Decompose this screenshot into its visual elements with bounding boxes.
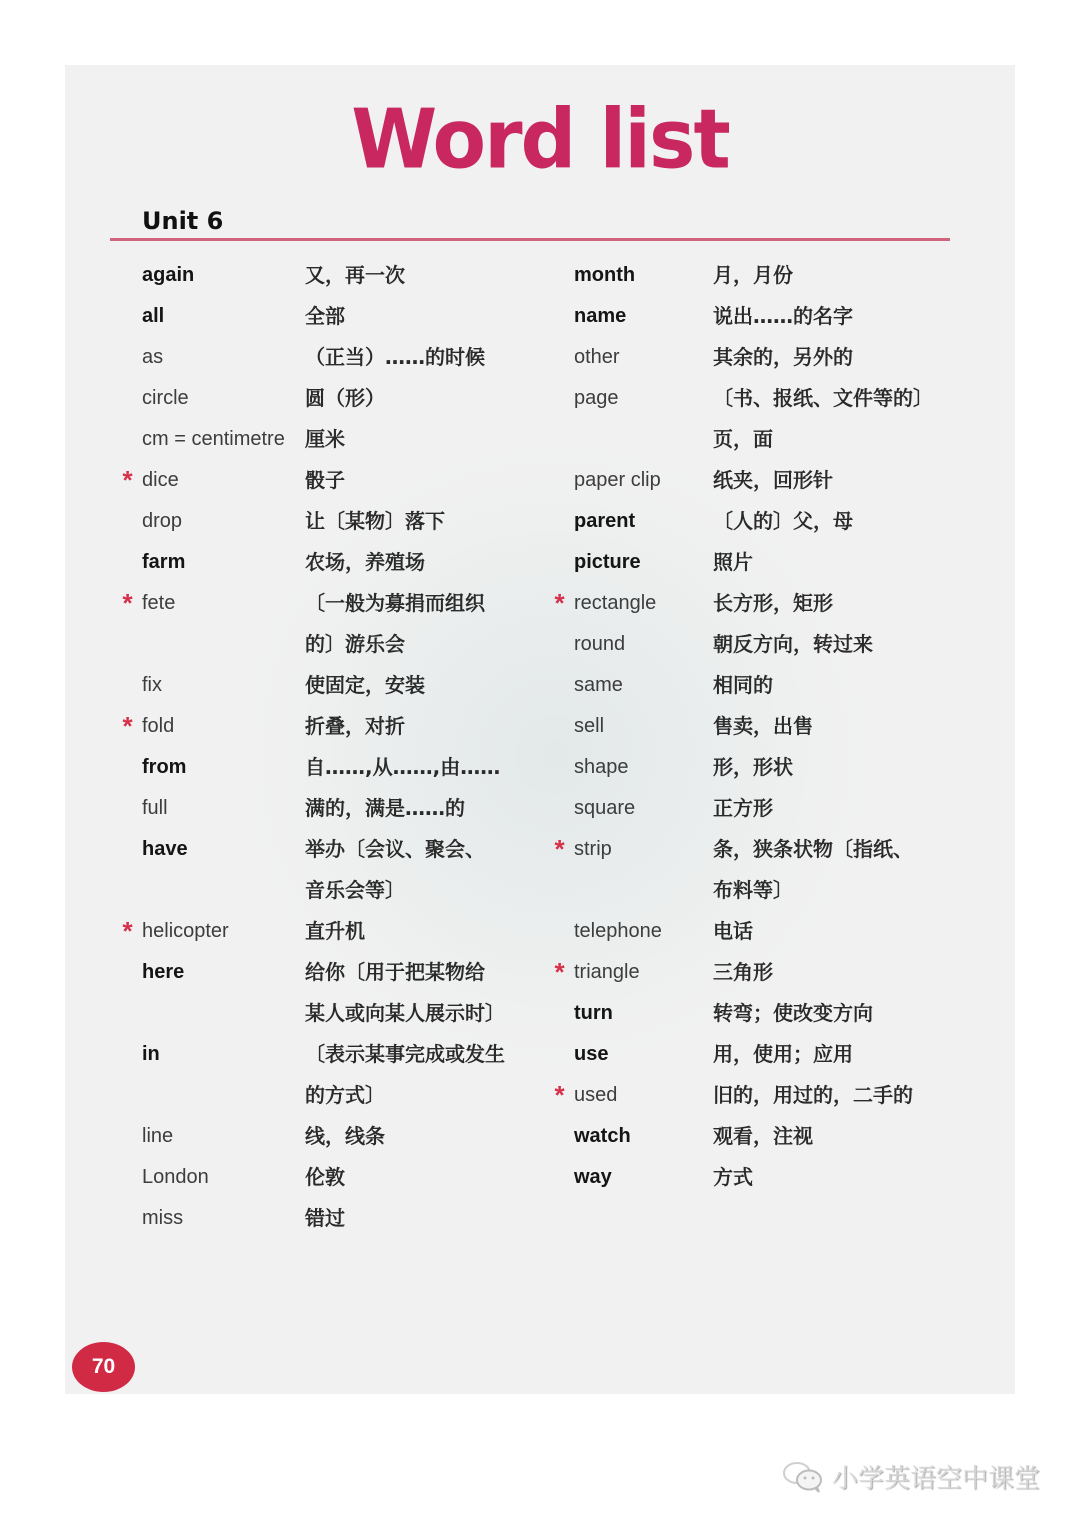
meaning-line: 错过 [305, 1198, 543, 1239]
word-meaning: 厘米 [305, 419, 543, 460]
word-meaning: 旧的，用过的，二手的 [713, 1075, 975, 1116]
word-entry: miss错过 [113, 1198, 543, 1239]
star-icon: * [113, 706, 142, 747]
word-entry: month月，月份 [545, 255, 975, 296]
star-placeholder [113, 542, 142, 583]
meaning-line: 让〔某物〕落下 [305, 501, 543, 542]
star-placeholder [113, 788, 142, 829]
star-placeholder [545, 255, 574, 296]
word-term: month [574, 255, 713, 296]
word-meaning: 长方形，矩形 [713, 583, 975, 624]
meaning-line: 转弯；使改变方向 [713, 993, 975, 1034]
star-placeholder [113, 296, 142, 337]
meaning-line: 某人或向某人展示时〕 [305, 993, 543, 1034]
word-meaning: 形，形状 [713, 747, 975, 788]
meaning-line: 相同的 [713, 665, 975, 706]
meaning-line: 其余的，另外的 [713, 337, 975, 378]
word-term: sell [574, 706, 713, 747]
word-term: miss [142, 1198, 305, 1239]
star-icon: * [113, 583, 142, 665]
word-entry: watch观看，注视 [545, 1116, 975, 1157]
meaning-line: 骰子 [305, 460, 543, 501]
word-term: square [574, 788, 713, 829]
word-term: in [142, 1034, 305, 1116]
star-placeholder [545, 378, 574, 460]
word-meaning: 三角形 [713, 952, 975, 993]
word-entry: other其余的，另外的 [545, 337, 975, 378]
meaning-line: 朝反方向，转过来 [713, 624, 975, 665]
word-entry: round朝反方向，转过来 [545, 624, 975, 665]
word-meaning: 举办〔会议、聚会、音乐会等〕 [305, 829, 543, 911]
word-meaning: 用，使用；应用 [713, 1034, 975, 1075]
word-entry: square正方形 [545, 788, 975, 829]
star-placeholder [113, 747, 142, 788]
word-term: cm = centimetre [142, 419, 305, 460]
word-entry: page〔书、报纸、文件等的〕页，面 [545, 378, 975, 460]
word-entry: *fete〔一般为募捐而组织的〕游乐会 [113, 583, 543, 665]
meaning-line: 全部 [305, 296, 543, 337]
meaning-line: 三角形 [713, 952, 975, 993]
word-meaning: 售卖，出售 [713, 706, 975, 747]
word-entry: *helicopter直升机 [113, 911, 543, 952]
word-term: telephone [574, 911, 713, 952]
star-icon: * [113, 460, 142, 501]
star-placeholder [545, 501, 574, 542]
meaning-line: 举办〔会议、聚会、 [305, 829, 543, 870]
word-entry: circle圆（形） [113, 378, 543, 419]
word-entry: name说出……的名字 [545, 296, 975, 337]
meaning-line: 〔书、报纸、文件等的〕 [713, 378, 975, 419]
word-entry: cm = centimetre厘米 [113, 419, 543, 460]
word-entry: from自……,从……,由…… [113, 747, 543, 788]
meaning-line: 形，形状 [713, 747, 975, 788]
star-placeholder [545, 624, 574, 665]
meaning-line: 直升机 [305, 911, 543, 952]
star-icon: * [545, 1075, 574, 1116]
star-icon: * [545, 829, 574, 911]
word-meaning: 照片 [713, 542, 975, 583]
word-entry: telephone电话 [545, 911, 975, 952]
word-term: fete [142, 583, 305, 665]
word-entry: full满的，满是……的 [113, 788, 543, 829]
word-meaning: 相同的 [713, 665, 975, 706]
meaning-line: 〔表示某事完成或发生 [305, 1034, 543, 1075]
word-meaning: 月，月份 [713, 255, 975, 296]
word-term: paper clip [574, 460, 713, 501]
meaning-line: 方式 [713, 1157, 975, 1198]
word-entry: turn转弯；使改变方向 [545, 993, 975, 1034]
star-placeholder [545, 1116, 574, 1157]
star-placeholder [113, 1034, 142, 1116]
word-meaning: 纸夹，回形针 [713, 460, 975, 501]
meaning-line: 的〕游乐会 [305, 624, 543, 665]
word-meaning: 正方形 [713, 788, 975, 829]
meaning-line: 〔人的〕父，母 [713, 501, 975, 542]
word-meaning: 线，线条 [305, 1116, 543, 1157]
page-title: Word list [65, 93, 1015, 188]
word-entry: *triangle三角形 [545, 952, 975, 993]
word-entry: fix使固定，安装 [113, 665, 543, 706]
textbook-page: Word list Unit 6 again又，再一次all全部as（正当）……… [65, 65, 1015, 1394]
word-term: line [142, 1116, 305, 1157]
meaning-line: 农场，养殖场 [305, 542, 543, 583]
word-entry: sell售卖，出售 [545, 706, 975, 747]
word-meaning: 转弯；使改变方向 [713, 993, 975, 1034]
star-placeholder [113, 337, 142, 378]
word-entry: picture照片 [545, 542, 975, 583]
star-placeholder [545, 460, 574, 501]
meaning-line: 用，使用；应用 [713, 1034, 975, 1075]
word-term: shape [574, 747, 713, 788]
word-entry: farm农场，养殖场 [113, 542, 543, 583]
word-meaning: 圆（形） [305, 378, 543, 419]
word-meaning: （正当）……的时候 [305, 337, 543, 378]
meaning-line: 长方形，矩形 [713, 583, 975, 624]
word-term: again [142, 255, 305, 296]
word-term: same [574, 665, 713, 706]
star-placeholder [545, 665, 574, 706]
word-entry: use用，使用；应用 [545, 1034, 975, 1075]
word-term: full [142, 788, 305, 829]
meaning-line: 旧的，用过的，二手的 [713, 1075, 975, 1116]
watermark-text: 小学英语空中课堂 [832, 1458, 1040, 1495]
word-meaning: 朝反方向，转过来 [713, 624, 975, 665]
word-entry: have举办〔会议、聚会、音乐会等〕 [113, 829, 543, 911]
word-term: parent [574, 501, 713, 542]
word-meaning: 农场，养殖场 [305, 542, 543, 583]
meaning-line: 伦敦 [305, 1157, 543, 1198]
word-meaning: 使固定，安装 [305, 665, 543, 706]
word-term: from [142, 747, 305, 788]
word-column-right: month月，月份name说出……的名字other其余的，另外的page〔书、报… [545, 255, 975, 1198]
heading-divider [110, 238, 950, 241]
meaning-line: 纸夹，回形针 [713, 460, 975, 501]
word-term: as [142, 337, 305, 378]
word-term: use [574, 1034, 713, 1075]
word-term: turn [574, 993, 713, 1034]
star-placeholder [545, 911, 574, 952]
star-placeholder [113, 1198, 142, 1239]
word-meaning: 〔人的〕父，母 [713, 501, 975, 542]
meaning-line: 条，狭条状物〔指纸、 [713, 829, 975, 870]
star-placeholder [113, 1157, 142, 1198]
word-entry: parent〔人的〕父，母 [545, 501, 975, 542]
meaning-line: （正当）……的时候 [305, 337, 543, 378]
word-entry: as（正当）……的时候 [113, 337, 543, 378]
word-term: picture [574, 542, 713, 583]
word-meaning: 〔表示某事完成或发生的方式〕 [305, 1034, 543, 1116]
word-meaning: 方式 [713, 1157, 975, 1198]
watermark: 小学英语空中课堂 [782, 1458, 1040, 1495]
word-entry: London伦敦 [113, 1157, 543, 1198]
meaning-line: 音乐会等〕 [305, 870, 543, 911]
word-term: dice [142, 460, 305, 501]
word-meaning: 伦敦 [305, 1157, 543, 1198]
meaning-line: 给你〔用于把某物给 [305, 952, 543, 993]
word-term: here [142, 952, 305, 1034]
star-placeholder [113, 829, 142, 911]
word-term: other [574, 337, 713, 378]
word-entry: again又，再一次 [113, 255, 543, 296]
meaning-line: 〔一般为募捐而组织 [305, 583, 543, 624]
word-meaning: 条，狭条状物〔指纸、布料等〕 [713, 829, 975, 911]
word-entry: in〔表示某事完成或发生的方式〕 [113, 1034, 543, 1116]
star-placeholder [545, 747, 574, 788]
word-term: have [142, 829, 305, 911]
word-meaning: 直升机 [305, 911, 543, 952]
star-placeholder [545, 296, 574, 337]
word-meaning: 错过 [305, 1198, 543, 1239]
word-term: page [574, 378, 713, 460]
meaning-line: 厘米 [305, 419, 543, 460]
word-meaning: 观看，注视 [713, 1116, 975, 1157]
word-term: fix [142, 665, 305, 706]
word-meaning: 骰子 [305, 460, 543, 501]
word-entry: *fold折叠，对折 [113, 706, 543, 747]
meaning-line: 正方形 [713, 788, 975, 829]
word-term: helicopter [142, 911, 305, 952]
word-meaning: 给你〔用于把某物给某人或向某人展示时〕 [305, 952, 543, 1034]
star-placeholder [545, 337, 574, 378]
meaning-line: 的方式〕 [305, 1075, 543, 1116]
word-meaning: 折叠，对折 [305, 706, 543, 747]
word-term: used [574, 1075, 713, 1116]
star-placeholder [113, 419, 142, 460]
word-meaning: 满的，满是……的 [305, 788, 543, 829]
word-meaning: 自……,从……,由…… [305, 747, 543, 788]
word-term: strip [574, 829, 713, 911]
word-entry: *rectangle长方形，矩形 [545, 583, 975, 624]
meaning-line: 圆（形） [305, 378, 543, 419]
star-placeholder [113, 255, 142, 296]
word-meaning: 其余的，另外的 [713, 337, 975, 378]
word-term: drop [142, 501, 305, 542]
meaning-line: 折叠，对折 [305, 706, 543, 747]
word-meaning: 让〔某物〕落下 [305, 501, 543, 542]
word-entry: drop让〔某物〕落下 [113, 501, 543, 542]
star-icon: * [545, 952, 574, 993]
unit-heading: Unit 6 [142, 207, 223, 235]
star-placeholder [113, 665, 142, 706]
word-column-left: again又，再一次all全部as（正当）……的时候circle圆（形）cm =… [113, 255, 543, 1239]
meaning-line: 说出……的名字 [713, 296, 975, 337]
meaning-line: 观看，注视 [713, 1116, 975, 1157]
meaning-line: 月，月份 [713, 255, 975, 296]
meaning-line: 又，再一次 [305, 255, 543, 296]
word-term: way [574, 1157, 713, 1198]
word-meaning: 说出……的名字 [713, 296, 975, 337]
word-term: farm [142, 542, 305, 583]
meaning-line: 线，线条 [305, 1116, 543, 1157]
star-placeholder [545, 706, 574, 747]
word-term: triangle [574, 952, 713, 993]
meaning-line: 布料等〕 [713, 870, 975, 911]
word-term: name [574, 296, 713, 337]
star-placeholder [545, 788, 574, 829]
word-entry: way方式 [545, 1157, 975, 1198]
word-term: fold [142, 706, 305, 747]
star-placeholder [545, 1157, 574, 1198]
word-meaning: 〔一般为募捐而组织的〕游乐会 [305, 583, 543, 665]
word-entry: shape形，形状 [545, 747, 975, 788]
word-entry: *used旧的，用过的，二手的 [545, 1075, 975, 1116]
word-entry: line线，线条 [113, 1116, 543, 1157]
meaning-line: 售卖，出售 [713, 706, 975, 747]
word-term: round [574, 624, 713, 665]
word-meaning: 〔书、报纸、文件等的〕页，面 [713, 378, 975, 460]
word-entry: here给你〔用于把某物给某人或向某人展示时〕 [113, 952, 543, 1034]
word-meaning: 又，再一次 [305, 255, 543, 296]
word-term: London [142, 1157, 305, 1198]
meaning-line: 使固定，安装 [305, 665, 543, 706]
star-placeholder [113, 501, 142, 542]
word-entry: same相同的 [545, 665, 975, 706]
word-entry: all全部 [113, 296, 543, 337]
word-term: circle [142, 378, 305, 419]
meaning-line: 自……,从……,由…… [305, 747, 543, 788]
meaning-line: 页，面 [713, 419, 975, 460]
star-placeholder [545, 542, 574, 583]
word-term: rectangle [574, 583, 713, 624]
star-icon: * [113, 911, 142, 952]
word-term: all [142, 296, 305, 337]
meaning-line: 电话 [713, 911, 975, 952]
star-icon: * [545, 583, 574, 624]
page-number-badge: 70 [72, 1342, 135, 1392]
meaning-line: 满的，满是……的 [305, 788, 543, 829]
star-placeholder [545, 1034, 574, 1075]
word-meaning: 全部 [305, 296, 543, 337]
word-entry: *dice骰子 [113, 460, 543, 501]
word-meaning: 电话 [713, 911, 975, 952]
word-entry: *strip条，狭条状物〔指纸、布料等〕 [545, 829, 975, 911]
meaning-line: 照片 [713, 542, 975, 583]
word-term: watch [574, 1116, 713, 1157]
word-entry: paper clip纸夹，回形针 [545, 460, 975, 501]
star-placeholder [545, 993, 574, 1034]
star-placeholder [113, 1116, 142, 1157]
star-placeholder [113, 952, 142, 1034]
star-placeholder [113, 378, 142, 419]
wechat-icon [782, 1460, 826, 1494]
